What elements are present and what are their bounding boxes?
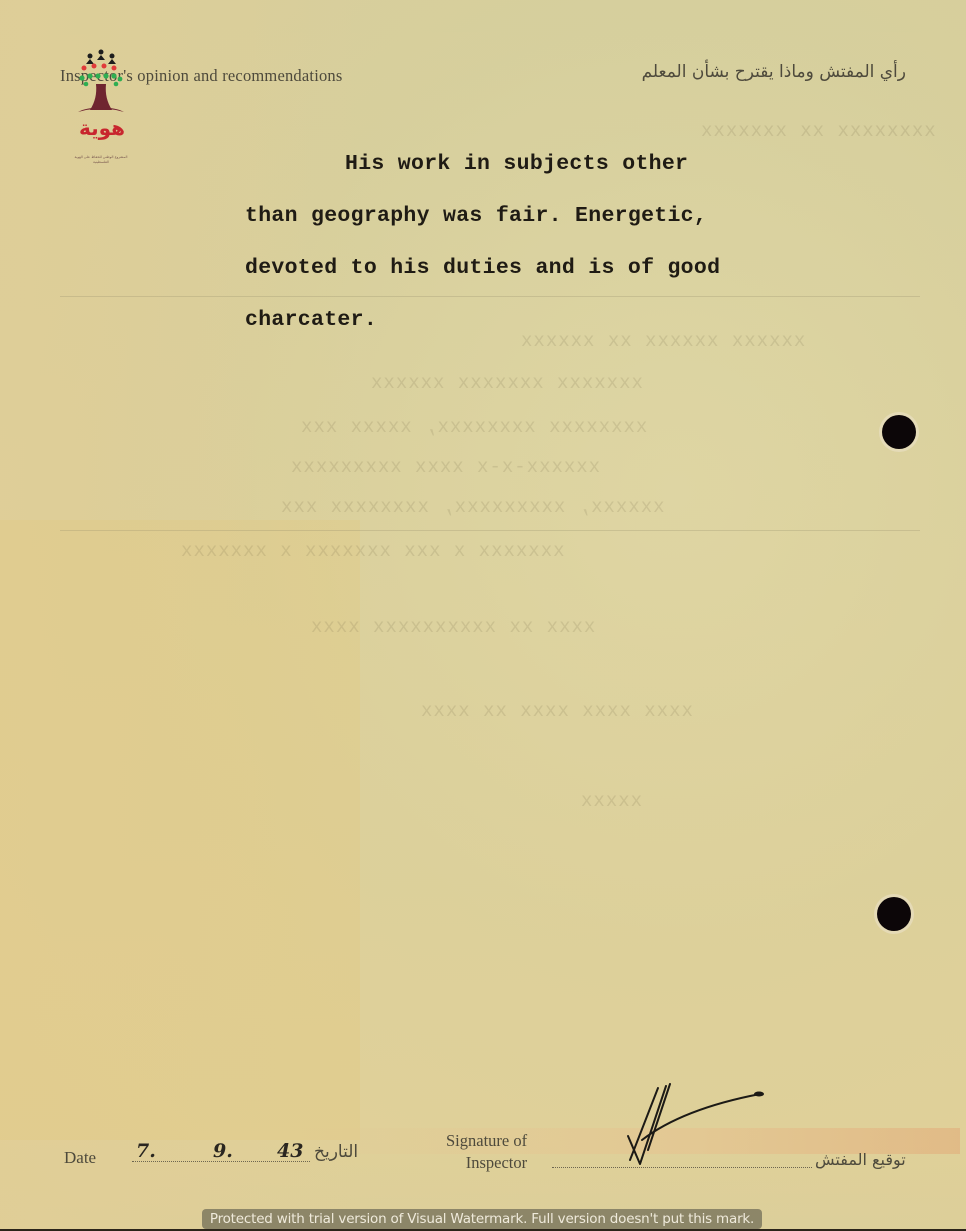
trial-watermark-banner: Protected with trial version of Visual W… [202, 1209, 762, 1229]
show-through-text: xxxxxxx xxxxxxx xxxxxx [370, 372, 643, 394]
date-label: Date [64, 1148, 96, 1168]
show-through-text: xxxx xx xxxxxxxxxx xxxx [310, 616, 595, 638]
signature-label: Signature of Inspector [446, 1130, 527, 1174]
logo-caption: المشروع الوطني للحفاظ على الهوية الفلسطي… [70, 155, 132, 165]
tree-logo-icon [70, 46, 132, 170]
date-month: 9. [213, 1140, 233, 1162]
show-through-text: xxxx xxxx xxxx xx xxxx [420, 700, 693, 722]
date-label-arabic: التاريخ [314, 1142, 358, 1162]
handwritten-signature-icon [618, 1080, 778, 1172]
logo-wordmark: هوية [78, 116, 126, 140]
show-through-text: xxxxx [580, 790, 642, 812]
signature-label-arabic: توقيع المفتش [815, 1150, 906, 1169]
signature-label-line2: Inspector [446, 1152, 527, 1174]
signature-label-line1: Signature of [446, 1130, 527, 1152]
section-title-arabic: رأي المفتش وماذا يقترح بشأن المعلم [642, 62, 906, 82]
date-year: 43 [277, 1140, 303, 1162]
show-through-text: xxxxxxx x xxx xxxxxxx x xxxxxxx [180, 540, 564, 562]
show-through-text: xxxxxxxx xxxxxxxx, xxxxx xxx [300, 416, 647, 438]
typed-line: charcater. [245, 294, 845, 346]
punch-hole [882, 415, 916, 449]
punch-hole [877, 897, 911, 931]
inspector-opinion-text: His work in subjects other than geograph… [245, 138, 845, 346]
paper-stain [0, 520, 360, 1140]
show-through-text: xxxxxx-x-x xxxx xxxxxxxxx [290, 456, 600, 478]
show-through-text: xxxxxx, xxxxxxxxx, xxxxxxxx xxx [280, 496, 664, 518]
date-day: 7. [136, 1140, 156, 1162]
typed-line: His work in subjects other [245, 138, 845, 190]
document-page: xxxxxxxx xx xxxxxxx xxxxxx xxxxxx xx xxx… [0, 0, 966, 1231]
show-through-rule [60, 530, 920, 531]
typed-line: devoted to his duties and is of good [245, 242, 845, 294]
typed-line: than geography was fair. Energetic, [245, 190, 845, 242]
